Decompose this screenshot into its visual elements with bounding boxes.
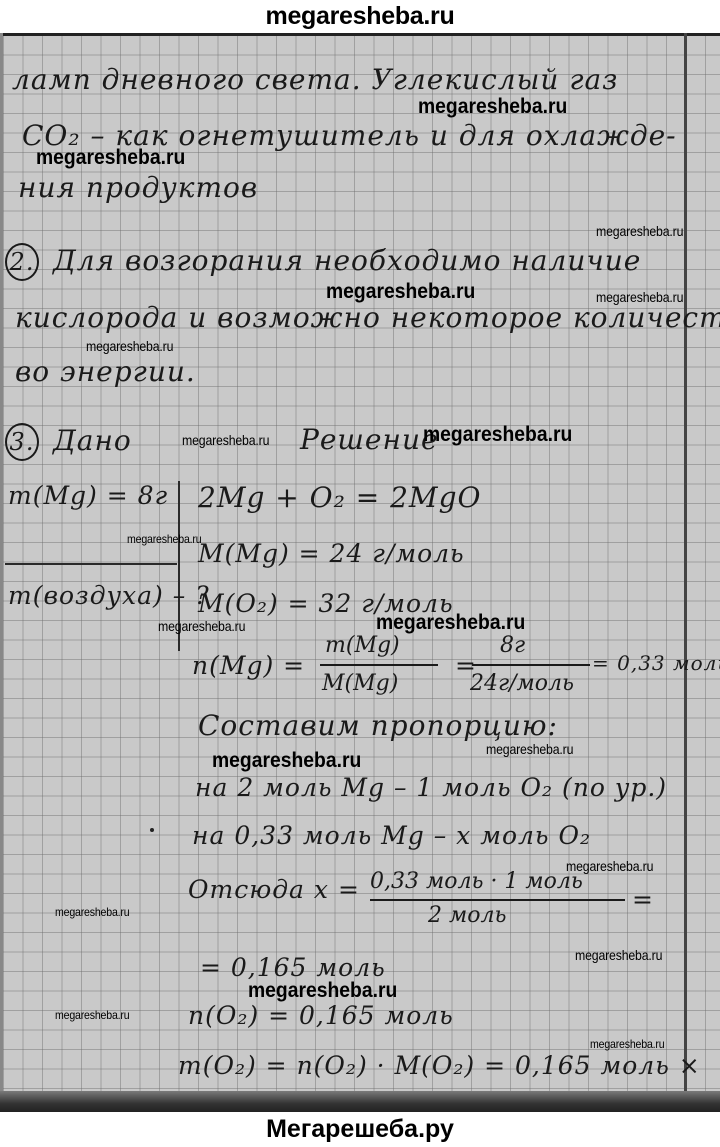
watermark: megaresheba.ru	[486, 741, 573, 757]
watermark: megaresheba.ru	[248, 979, 397, 1003]
solution-label: Решение	[300, 423, 439, 456]
given-mass-mg: m(Mg) = 8г	[8, 481, 168, 510]
watermark: megaresheba.ru	[596, 223, 683, 239]
task3-header: 3.Дано	[5, 423, 132, 461]
watermark: megaresheba.ru	[376, 611, 525, 635]
watermark: megaresheba.ru	[36, 146, 185, 170]
fraction-line-3	[370, 899, 625, 901]
watermark: megaresheba.ru	[590, 1037, 664, 1051]
watermark: megaresheba.ru	[326, 280, 475, 304]
watermark: megaresheba.ru	[423, 423, 572, 447]
task2-text1: Для возгорания необходимо наличие	[53, 244, 641, 277]
fraction-line-2	[472, 664, 590, 666]
proportion-line-1: на 2 моль Mg – 1 моль O₂ (по ур.)	[195, 773, 667, 802]
watermark: megaresheba.ru	[212, 749, 361, 773]
molar-mass-mg: M(Mg) = 24 г/моль	[198, 539, 465, 568]
task2-line3: во энергии.	[15, 355, 196, 388]
n-mg-numerator1: m(Mg)	[325, 633, 400, 658]
n-mg-denominator1: M(Mg)	[322, 671, 398, 696]
n-mg-denominator2: 24г/моль	[470, 671, 574, 696]
page-left-edge	[0, 33, 3, 1112]
task2-line1: 2.Для возгорания необходимо наличие	[5, 243, 641, 281]
x-result: = 0,165 моль	[200, 953, 386, 982]
margin-line	[684, 33, 687, 1112]
task1-line1: ламп дневного света. Углекислый газ	[12, 63, 618, 96]
watermark: megaresheba.ru	[418, 95, 567, 119]
x-calc-lhs: Отсюда x =	[188, 875, 360, 904]
proportion-line-2: на 0,33 моль Mg – x моль O₂	[192, 821, 591, 850]
n-mg-numerator2: 8г	[500, 633, 525, 658]
proportion-label: Составим пропорцию:	[198, 709, 558, 742]
x-calc-denominator: 2 моль	[428, 903, 506, 928]
watermark: megaresheba.ru	[182, 432, 269, 448]
notebook-page: ламп дневного света. Углекислый газ CO₂ …	[0, 33, 720, 1112]
n-o2: n(O₂) = 0,165 моль	[188, 1001, 454, 1030]
watermark: megaresheba.ru	[127, 532, 201, 546]
watermark: megaresheba.ru	[55, 1008, 129, 1022]
x-calc-eq: =	[632, 885, 654, 914]
task2-line2: кислорода и возможно некоторое количест-	[15, 301, 720, 334]
watermark: megaresheba.ru	[566, 858, 653, 874]
n-mg-result: = 0,33 моль	[592, 651, 720, 675]
task3-number: 3.	[5, 423, 39, 461]
given-divider-horizontal	[5, 563, 177, 565]
given-label: Дано	[53, 424, 132, 457]
watermark: megaresheba.ru	[55, 905, 129, 919]
site-header: megaresheba.ru	[0, 0, 720, 33]
m-o2: m(O₂) = n(O₂) · M(O₂) = 0,165 моль ×	[178, 1051, 701, 1080]
given-find-air: m(воздуха) – ?	[8, 581, 210, 610]
watermark: megaresheba.ru	[596, 289, 683, 305]
watermark: megaresheba.ru	[575, 947, 662, 963]
watermark: megaresheba.ru	[86, 338, 173, 354]
reaction-equation: 2Mg + O₂ = 2MgO	[198, 481, 481, 514]
task1-line3: ния продуктов	[18, 171, 258, 204]
x-calc-numerator: 0,33 моль · 1 моль	[370, 869, 583, 894]
page-top-edge	[0, 33, 720, 36]
page-bottom-shadow	[0, 1091, 720, 1112]
fraction-line-1	[320, 664, 438, 666]
stray-dot	[150, 828, 154, 832]
n-mg-lhs: n(Mg) =	[192, 651, 305, 680]
watermark: megaresheba.ru	[158, 618, 245, 634]
task2-number: 2.	[5, 243, 39, 281]
site-footer: Мегарешеба.ру	[0, 1112, 720, 1147]
